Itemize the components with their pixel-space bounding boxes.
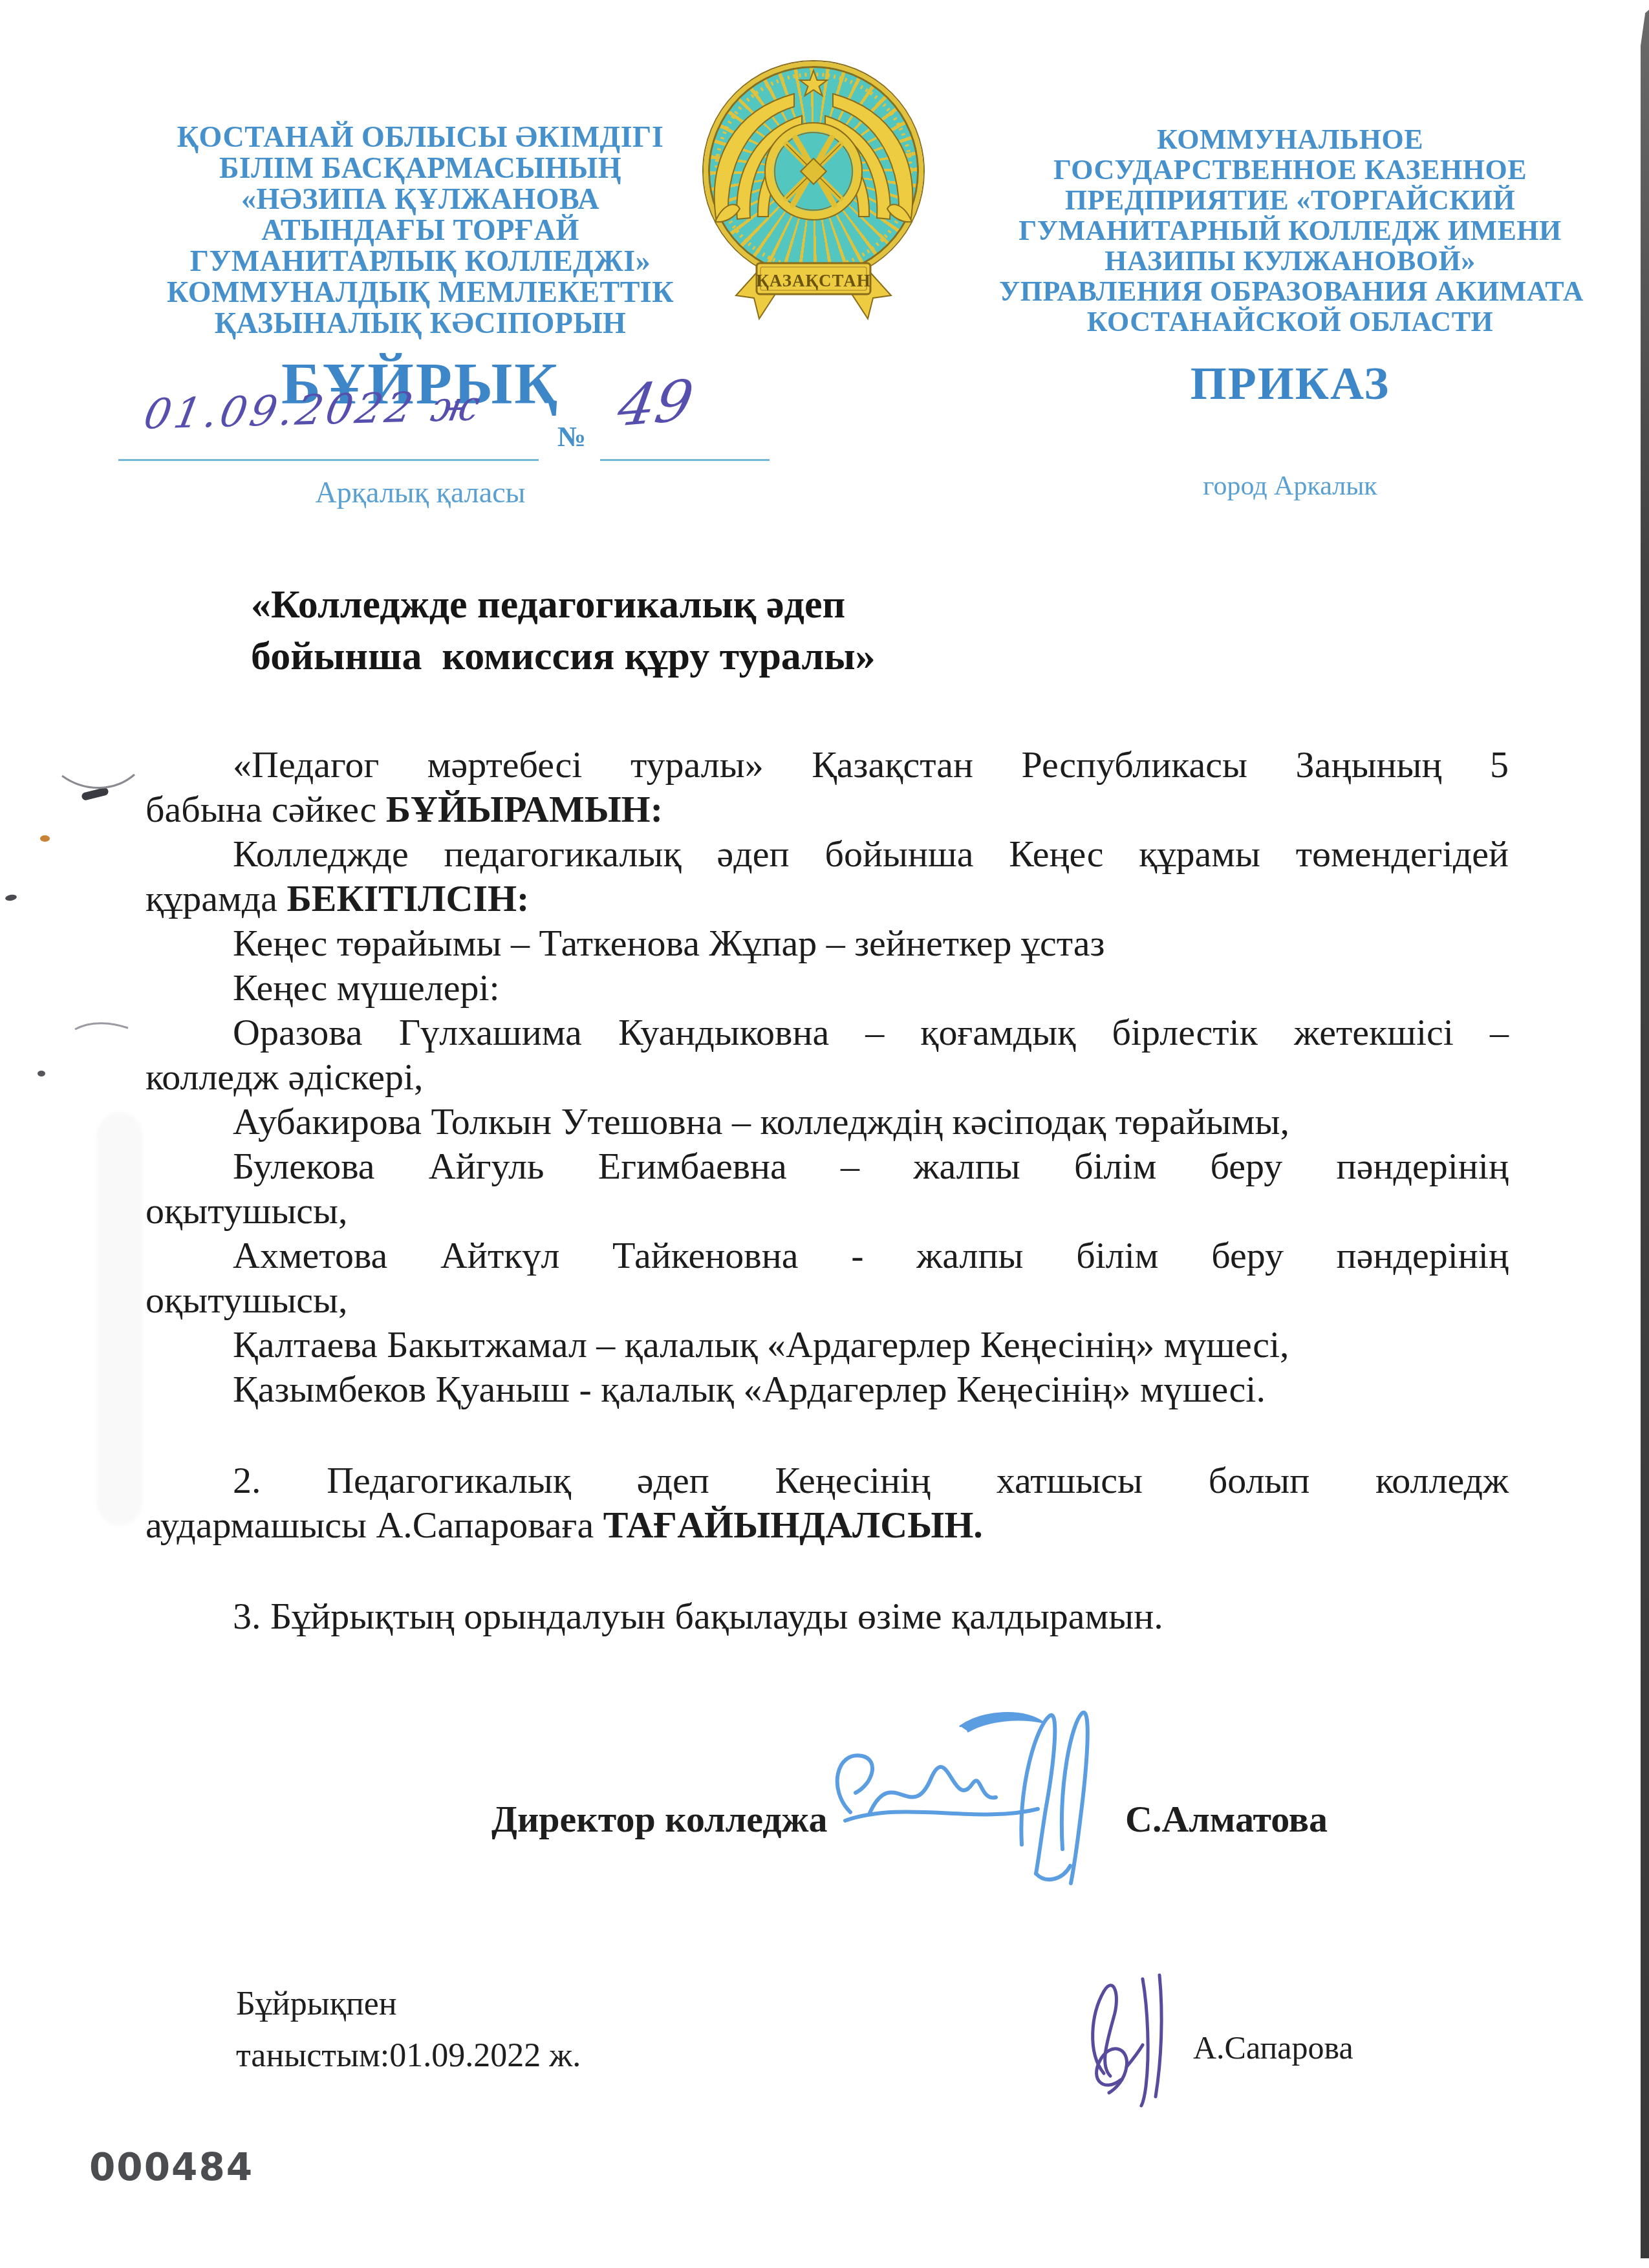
number-underline — [600, 459, 770, 461]
org-right-line: УПРАВЛЕНИЯ ОБРАЗОВАНИЯ АКИМАТА — [999, 276, 1581, 306]
handwritten-order-number: 49 — [614, 367, 698, 439]
secretary-paragraph-line: 2. Педагогикалық әдеп Кеңесінің хатшысы … — [145, 1458, 1509, 1503]
emblem-ornaments-icon: ҚАЗАҚСТАН — [697, 55, 930, 330]
serial-number: 000484 — [89, 2145, 253, 2189]
org-left-line: БІЛІМ БАСҚАРМАСЫНЫҢ — [142, 153, 698, 184]
scan-edge-band — [1641, 10, 1649, 2258]
city-russian: город Аркалык — [999, 471, 1581, 502]
org-right-line: ГОСУДАРСТВЕННОЕ КАЗЕННОЕ — [999, 155, 1581, 185]
doc-title-russian: ПРИКАЗ — [999, 357, 1581, 411]
secretary-text: аудармашысы А.Сапароваға — [145, 1504, 603, 1546]
acknowledgment-line: таныстым:01.09.2022 ж. — [236, 2030, 581, 2082]
org-left-line: ҚОСТАНАЙ ОБЛЫСЫ ӘКІМДІГІ — [142, 122, 698, 153]
secretary-paragraph-line: аудармашысы А.Сапароваға ТАҒАЙЫНДАЛСЫН. — [145, 1503, 1509, 1547]
scan-artifact — [72, 1018, 131, 1034]
acknowledgment-text: Бұйрықпен таныстым:01.09.2022 ж. — [236, 1978, 581, 2082]
scan-artifact — [59, 767, 137, 797]
emblem-banner: ҚАЗАҚСТАН — [736, 263, 891, 319]
translator-name: А.Сапарова — [1193, 2029, 1353, 2066]
scan-artifact — [40, 835, 50, 842]
org-right-line: НАЗИПЫ КУЛЖАНОВОЙ» — [999, 246, 1581, 276]
order-verb-bold: БҰЙЫРАМЫН: — [386, 788, 663, 830]
scan-artifact — [5, 894, 17, 902]
council-approve-line: Колледжде педагогикалық әдеп бойынша Кең… — [145, 831, 1509, 876]
org-right-line: КОММУНАЛЬНОЕ — [999, 124, 1581, 155]
org-left-line: ҚАЗЫНАЛЫҚ КӘСІПОРЫН — [142, 308, 698, 339]
scan-artifact — [97, 1112, 142, 1526]
order-body: «Педагог мәртебесі туралы» Қазақстан Рес… — [145, 742, 1509, 1638]
translator-signature — [1064, 1956, 1200, 2111]
legal-basis-text: бабына сәйкес — [145, 788, 386, 830]
org-name-kazakh: ҚОСТАНАЙ ОБЛЫСЫ ӘКІМДІГІ БІЛІМ БАСҚАРМАС… — [142, 122, 698, 339]
council-approve-text: құрамда — [145, 877, 286, 919]
scan-artifact — [38, 1071, 45, 1076]
org-left-line: КОММУНАЛДЫҚ МЕМЛЕКЕТТІК — [142, 277, 698, 308]
member-item-line: оқытушысы, — [145, 1188, 1509, 1233]
org-left-line: «НӘЗИПА ҚҰЛЖАНОВА — [142, 184, 698, 215]
org-left-line: АТЫНДАҒЫ ТОРҒАЙ — [142, 215, 698, 246]
org-name-russian: КОММУНАЛЬНОЕ ГОСУДАРСТВЕННОЕ КАЗЕННОЕ ПР… — [999, 124, 1581, 337]
director-label: Директор колледжа — [491, 1797, 828, 1841]
member-item-line: колледж әдіскері, — [145, 1054, 1509, 1099]
director-name: С.Алматова — [1125, 1797, 1328, 1841]
order-subject: «Колледжде педагогикалық әдеп бойынша ко… — [251, 579, 876, 682]
number-sign: № — [557, 420, 586, 453]
legal-basis-line: бабына сәйкес БҰЙЫРАМЫН: — [145, 787, 1509, 831]
acknowledgment-line: Бұйрықпен — [236, 1978, 581, 2030]
member-item-line: Аубакирова Толкын Утешовна – колледждің … — [145, 1099, 1509, 1144]
emblem-shanyrak-icon — [765, 123, 862, 220]
council-chair-item: Кеңес төрайымы – Таткенова Жұпар – зейне… — [145, 921, 1509, 965]
member-item-line: оқытушысы, — [145, 1278, 1509, 1322]
handwritten-date: 01.09.2022 ж — [140, 382, 487, 439]
council-members-label: Кеңес мүшелері: — [145, 965, 1509, 1010]
org-left-line: ГУМАНИТАРЛЫҚ КОЛЛЕДЖІ» — [142, 246, 698, 277]
approve-verb-bold: БЕКІТІЛСІН: — [286, 877, 529, 919]
city-kazakh: Арқалық қаласы — [142, 475, 698, 509]
order-subject-line: «Колледжде педагогикалық әдеп — [251, 579, 876, 630]
org-right-line: ПРЕДПРИЯТИЕ «ТОРГАЙСКИЙ — [999, 185, 1581, 215]
member-item-line: Қазымбеков Қуаныш - қалалық «Ардагерлер … — [145, 1367, 1509, 1411]
control-paragraph: 3. Бұйрықтың орындалуын бақылауды өзіме … — [145, 1594, 1509, 1638]
scanned-order-document: { "document": { "org_left": [ "ҚОСТАНАЙ … — [0, 0, 1649, 2268]
legal-basis-line: «Педагог мәртебесі туралы» Қазақстан Рес… — [145, 742, 1509, 787]
council-approve-line: құрамда БЕКІТІЛСІН: — [145, 876, 1509, 921]
kazakhstan-state-emblem-icon: ҚАЗАҚСТАН — [697, 55, 930, 330]
member-item-line: Ахметова Айткүл Тайкеновна - жалпы білім… — [145, 1233, 1509, 1278]
member-item-line: Булекова Айгуль Егимбаевна – жалпы білім… — [145, 1144, 1509, 1188]
org-right-line: КОСТАНАЙСКОЙ ОБЛАСТИ — [999, 306, 1581, 337]
date-underline — [118, 459, 539, 461]
member-item-line: Оразова Гүлхашима Куандыковна – қоғамдық… — [145, 1010, 1509, 1054]
org-right-line: ГУМАНИТАРНЫЙ КОЛЛЕДЖ ИМЕНИ — [999, 215, 1581, 246]
appoint-verb-bold: ТАҒАЙЫНДАЛСЫН. — [603, 1504, 983, 1546]
order-subject-line: бойынша комиссия құру туралы» — [251, 630, 876, 682]
member-item-line: Қалтаева Бакытжамал – қалалық «Ардагерле… — [145, 1322, 1509, 1367]
director-signature — [805, 1686, 1141, 1899]
emblem-country-name: ҚАЗАҚСТАН — [756, 271, 870, 290]
